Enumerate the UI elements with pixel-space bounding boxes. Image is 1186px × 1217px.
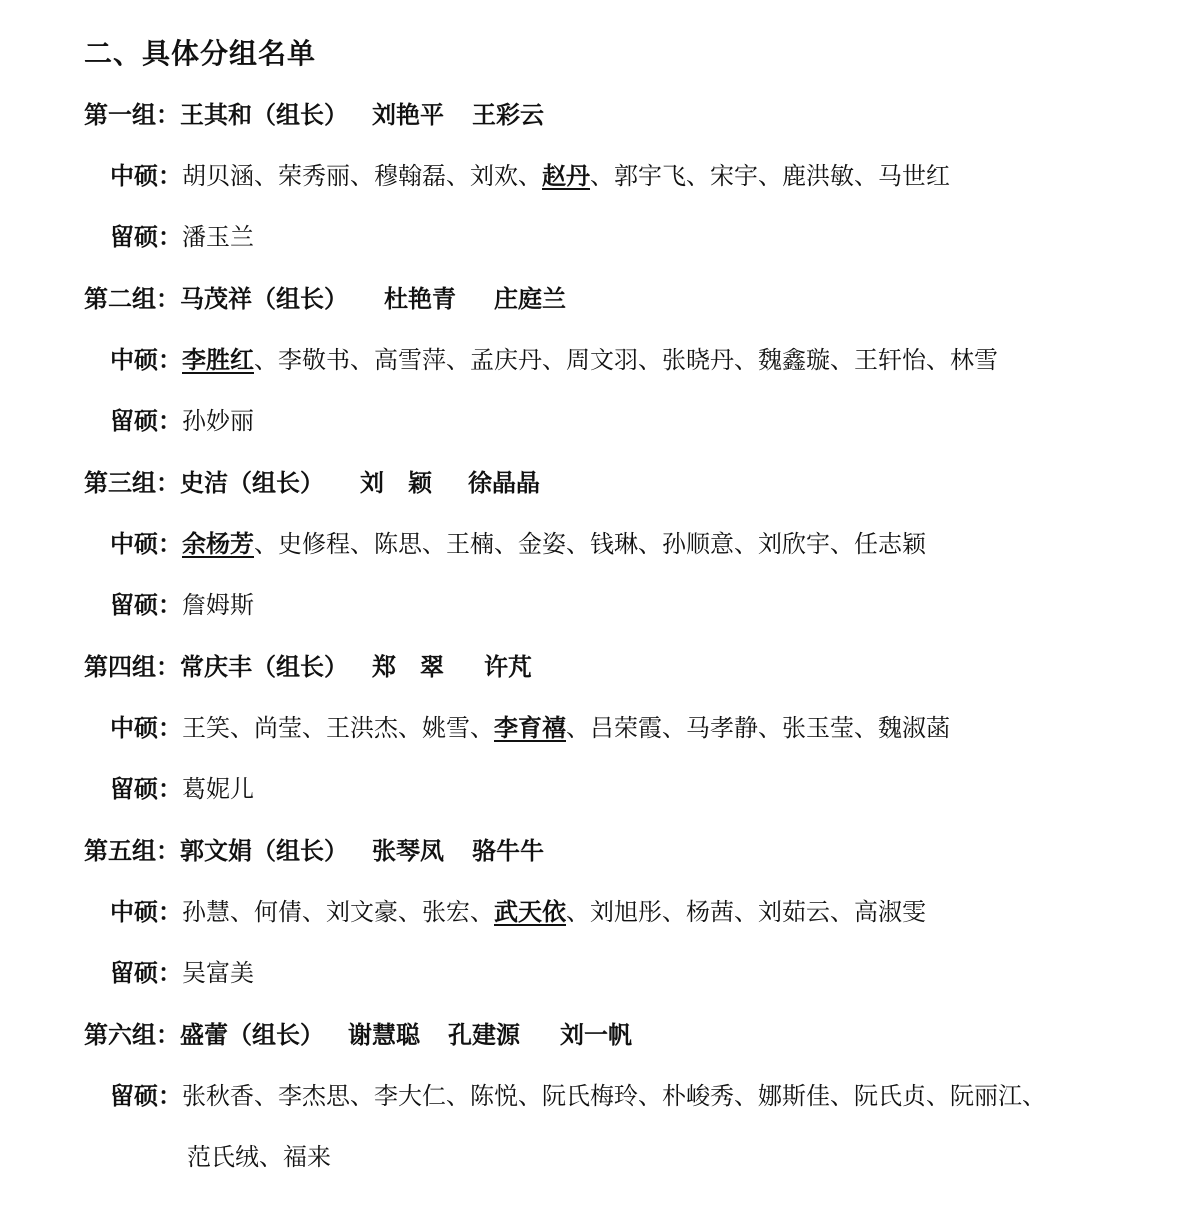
liushuo-names: 吴富美 <box>182 959 254 987</box>
zhongshuo-names: 、李敬书、高雪萍、孟庆丹、周文羽、张晓丹、魏鑫璇、王轩怡、林雪 <box>254 346 998 374</box>
group-member: 徐晶晶 <box>468 468 540 497</box>
group-4-zhongshuo: 中硕：王笑、尚莹、王洪杰、姚雪、李育禧、吕荣霞、马孝静、张玉莹、魏淑菡 <box>110 713 950 743</box>
group-6-liushuo-continued: 范氏绒、福来 <box>187 1142 331 1172</box>
group-6-liushuo: 留硕：张秋香、李杰思、李大仁、陈悦、阮氏梅玲、朴峻秀、娜斯佳、阮氏贞、阮丽江、 <box>110 1081 1046 1111</box>
group-3-liushuo: 留硕：詹姆斯 <box>110 590 254 620</box>
liushuo-label: 留硕： <box>110 222 182 251</box>
group-4-header: 第四组：常庆丰（组长）郑 翠许芃 <box>84 652 532 682</box>
group-label: 第四组： <box>84 652 180 681</box>
zhongshuo-label: 中硕： <box>110 713 182 742</box>
group-member: 刘艳平 <box>372 100 444 129</box>
group-label: 第五组： <box>84 836 180 865</box>
zhongshuo-label: 中硕： <box>110 529 182 558</box>
group-2-header: 第二组：马茂祥（组长）杜艳青庄庭兰 <box>84 284 566 314</box>
liushuo-label: 留硕： <box>110 958 182 987</box>
group-member: 刘一帆 <box>560 1020 632 1049</box>
group-member: 谢慧聪 <box>348 1020 420 1049</box>
group-member: 郑 翠 <box>372 652 444 681</box>
group-leader: 王其和（组长） <box>180 100 348 129</box>
liushuo-label: 留硕： <box>110 590 182 619</box>
group-5-zhongshuo: 中硕：孙慧、何倩、刘文豪、张宏、武天依、刘旭彤、杨茜、刘茹云、高淑雯 <box>110 897 926 927</box>
liushuo-label: 留硕： <box>110 774 182 803</box>
group-label: 第一组： <box>84 100 180 129</box>
highlighted-name: 李胜红 <box>182 345 254 374</box>
liushuo-names: 范氏绒、福来 <box>187 1143 331 1171</box>
highlighted-name: 李育禧 <box>494 713 566 742</box>
group-1-header: 第一组：王其和（组长）刘艳平王彩云 <box>84 100 544 130</box>
group-member: 刘 颖 <box>360 468 432 497</box>
highlighted-name: 赵丹 <box>542 161 590 190</box>
liushuo-names: 葛妮儿 <box>182 775 254 803</box>
group-1-liushuo: 留硕：潘玉兰 <box>110 222 254 252</box>
group-member: 张琴凤 <box>372 836 444 865</box>
zhongshuo-names: 、史修程、陈思、王楠、金姿、钱琳、孙顺意、刘欣宇、任志颖 <box>254 530 926 558</box>
group-2-liushuo: 留硕：孙妙丽 <box>110 406 254 436</box>
group-2-zhongshuo: 中硕：李胜红、李敬书、高雪萍、孟庆丹、周文羽、张晓丹、魏鑫璇、王轩怡、林雪 <box>110 345 998 375</box>
zhongshuo-names: 孙慧、何倩、刘文豪、张宏、 <box>182 898 494 926</box>
group-label: 第三组： <box>84 468 180 497</box>
zhongshuo-names: 王笑、尚莹、王洪杰、姚雪、 <box>182 714 494 742</box>
zhongshuo-label: 中硕： <box>110 161 182 190</box>
group-5-header: 第五组：郭文娟（组长）张琴凤骆牛牛 <box>84 836 544 866</box>
group-label: 第二组： <box>84 284 180 313</box>
group-leader: 盛蕾（组长） <box>180 1020 324 1049</box>
group-3-zhongshuo: 中硕：余杨芳、史修程、陈思、王楠、金姿、钱琳、孙顺意、刘欣宇、任志颖 <box>110 529 926 559</box>
zhongshuo-names: 、郭宇飞、宋宇、鹿洪敏、马世红 <box>590 162 950 190</box>
group-leader: 马茂祥（组长） <box>180 284 348 313</box>
group-4-liushuo: 留硕：葛妮儿 <box>110 774 254 804</box>
zhongshuo-label: 中硕： <box>110 345 182 374</box>
group-member: 王彩云 <box>472 100 544 129</box>
document-page: 二、具体分组名单 第一组：王其和（组长）刘艳平王彩云 中硕：胡贝涵、荣秀丽、穆翰… <box>0 0 1186 1217</box>
group-member: 庄庭兰 <box>494 284 566 313</box>
zhongshuo-names: 、刘旭彤、杨茜、刘茹云、高淑雯 <box>566 898 926 926</box>
liushuo-label: 留硕： <box>110 406 182 435</box>
group-leader: 郭文娟（组长） <box>180 836 348 865</box>
section-heading: 二、具体分组名单 <box>84 32 316 72</box>
group-5-liushuo: 留硕：吴富美 <box>110 958 254 988</box>
group-1-zhongshuo: 中硕：胡贝涵、荣秀丽、穆翰磊、刘欢、赵丹、郭宇飞、宋宇、鹿洪敏、马世红 <box>110 161 950 191</box>
group-6-header: 第六组：盛蕾（组长）谢慧聪孔建源刘一帆 <box>84 1020 632 1050</box>
group-member: 许芃 <box>484 652 532 681</box>
zhongshuo-label: 中硕： <box>110 897 182 926</box>
liushuo-names: 詹姆斯 <box>182 591 254 619</box>
liushuo-label: 留硕： <box>110 1081 182 1110</box>
group-leader: 史洁（组长） <box>180 468 324 497</box>
group-member: 骆牛牛 <box>472 836 544 865</box>
liushuo-names: 张秋香、李杰思、李大仁、陈悦、阮氏梅玲、朴峻秀、娜斯佳、阮氏贞、阮丽江、 <box>182 1082 1046 1110</box>
highlighted-name: 余杨芳 <box>182 529 254 558</box>
liushuo-names: 孙妙丽 <box>182 407 254 435</box>
highlighted-name: 武天依 <box>494 897 566 926</box>
zhongshuo-names: 、吕荣霞、马孝静、张玉莹、魏淑菡 <box>566 714 950 742</box>
group-label: 第六组： <box>84 1020 180 1049</box>
group-member: 杜艳青 <box>384 284 456 313</box>
zhongshuo-names: 胡贝涵、荣秀丽、穆翰磊、刘欢、 <box>182 162 542 190</box>
group-3-header: 第三组：史洁（组长）刘 颖徐晶晶 <box>84 468 540 498</box>
group-member: 孔建源 <box>448 1020 520 1049</box>
group-leader: 常庆丰（组长） <box>180 652 348 681</box>
liushuo-names: 潘玉兰 <box>182 223 254 251</box>
